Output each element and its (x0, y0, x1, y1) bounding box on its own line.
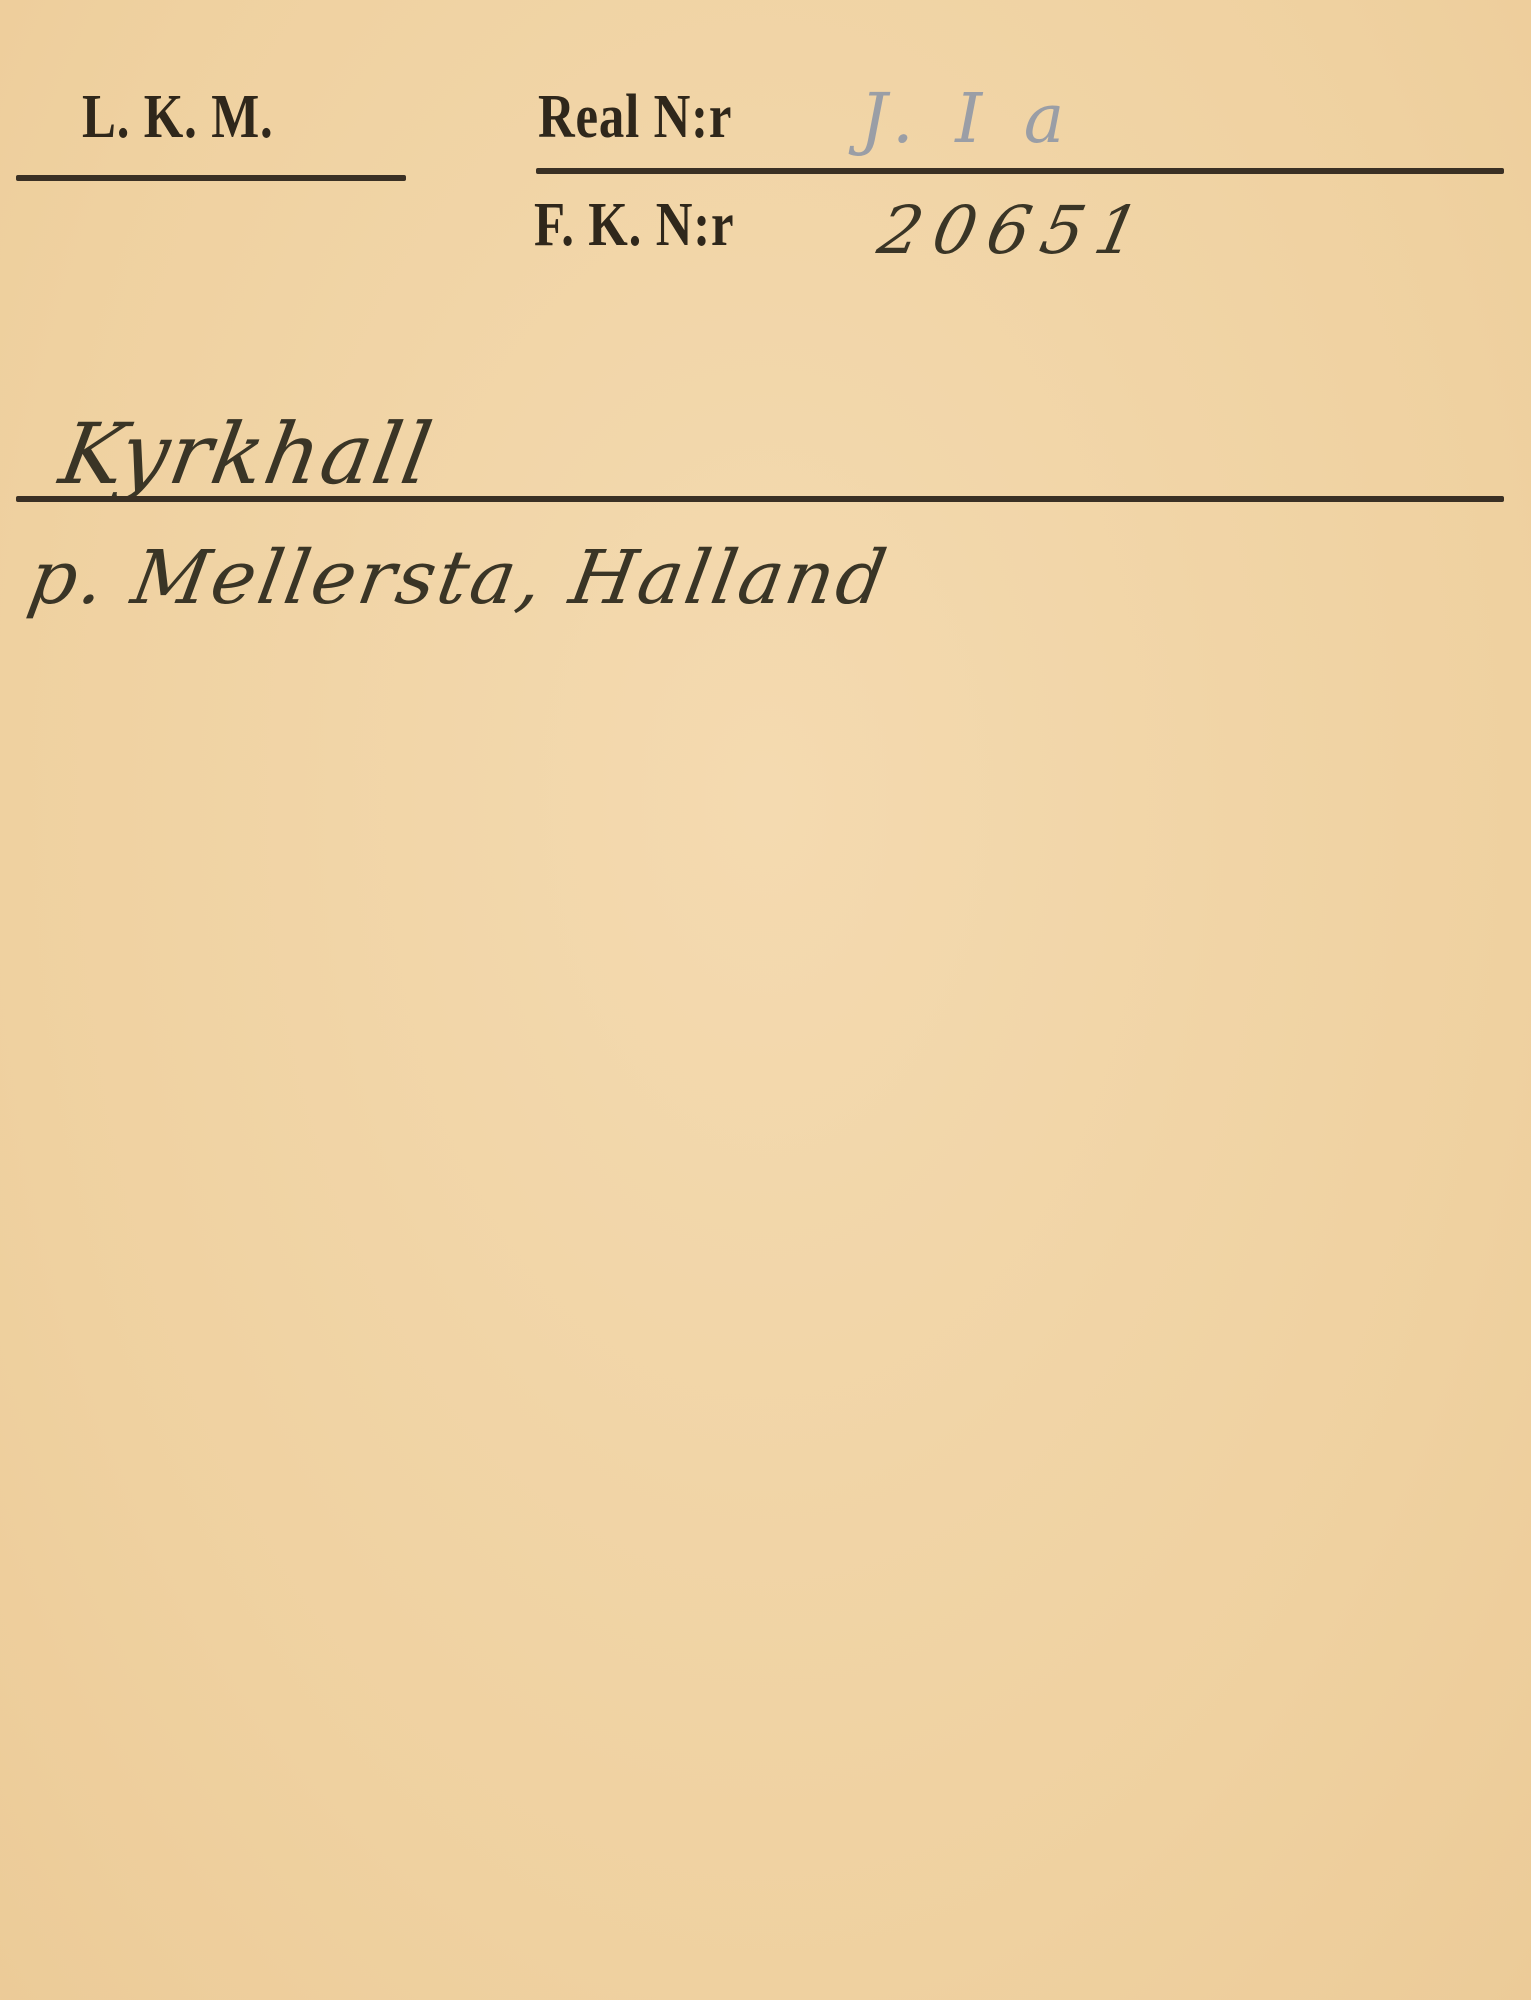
fk-number-value: 20651 (872, 192, 1158, 269)
real-number-label: Real N:r (538, 82, 732, 153)
title-rule (16, 496, 1504, 502)
fk-number-label: F. K. N:r (534, 190, 734, 261)
institution-label: L. K. M. (82, 82, 274, 153)
card-title: Kyrkhall (53, 405, 440, 503)
real-number-value: J. I a (860, 80, 1074, 159)
card-location: p. Mellersta, Halland (22, 535, 895, 621)
header-left-rule (16, 175, 406, 181)
header-right-rule (536, 168, 1504, 174)
